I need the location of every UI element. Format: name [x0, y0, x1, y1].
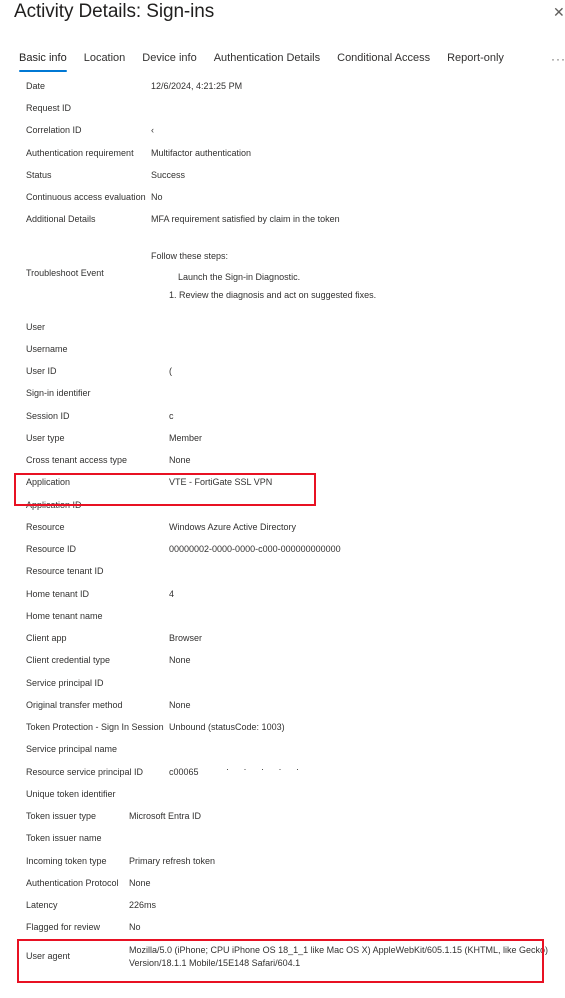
field-label: Status — [26, 169, 52, 181]
field-label: User ID — [26, 365, 57, 377]
ellipsis-icon[interactable]: ··· — [551, 52, 565, 66]
field-label: Latency — [26, 899, 58, 911]
field-label: Service principal ID — [26, 677, 104, 689]
field-value: Member — [169, 432, 202, 444]
field-value: Windows Azure Active Directory — [169, 521, 296, 533]
status-value: Success — [151, 169, 185, 181]
field-value: 00000002-0000-0000-c000-000000000000 — [169, 543, 341, 555]
field-label: Token issuer type — [26, 810, 96, 822]
page-title: Activity Details: Sign-ins — [14, 1, 214, 23]
field-label: User type — [26, 432, 65, 444]
field-value: Primary refresh token — [129, 855, 215, 867]
field-value: Browser — [169, 632, 202, 644]
field-value: None — [169, 654, 191, 666]
field-label: Home tenant ID — [26, 588, 89, 600]
field-label: Original transfer method — [26, 699, 123, 711]
field-label: Service principal name — [26, 743, 117, 755]
field-label: Client app — [26, 632, 67, 644]
field-label: Additional Details — [26, 213, 96, 225]
field-label: Token Protection - Sign In Session — [26, 721, 164, 733]
field-label: Session ID — [26, 410, 70, 422]
field-value: 4 — [169, 588, 174, 600]
field-label: Correlation ID — [26, 124, 82, 136]
field-value: Multifactor authentication — [151, 147, 251, 159]
field-label: Unique token identifier — [26, 788, 116, 800]
field-label: Application ID — [26, 499, 82, 511]
field-value: ( — [169, 365, 172, 377]
field-value: MFA requirement satisfied by claim in th… — [151, 213, 340, 225]
close-icon[interactable]: ✕ — [553, 6, 565, 18]
tab-device-info[interactable]: Device info — [142, 52, 196, 74]
field-label: Home tenant name — [26, 610, 103, 622]
field-label: Continuous access evaluation — [26, 191, 146, 203]
application-value: VTE - FortiGate SSL VPN — [169, 476, 272, 488]
field-label: Cross tenant access type — [26, 454, 127, 466]
field-label: Resource ID — [26, 543, 76, 555]
field-value: Microsoft Entra ID — [129, 810, 201, 822]
field-value: 226ms — [129, 899, 156, 911]
field-label: User agent — [26, 950, 70, 962]
field-value: ‹ — [151, 124, 154, 136]
tab-conditional-access[interactable]: Conditional Access — [337, 52, 430, 74]
field-label: Username — [26, 343, 68, 355]
troubleshoot-intro: Follow these steps: — [151, 250, 228, 262]
field-value: None — [129, 877, 151, 889]
field-value: No — [151, 191, 163, 203]
field-label: Authentication Protocol — [26, 877, 119, 889]
tab-location[interactable]: Location — [84, 52, 126, 74]
field-value: No — [129, 921, 141, 933]
field-value: c — [169, 410, 174, 422]
sign-in-diagnostic-link[interactable]: Launch the Sign-in Diagnostic. — [178, 271, 300, 283]
field-label: Resource service principal ID — [26, 766, 143, 778]
tab-basic-info[interactable]: Basic info — [19, 52, 67, 74]
field-value: c00065 — [169, 766, 199, 778]
tab-report-only[interactable]: Report-only — [447, 52, 504, 74]
field-value: Unbound (statusCode: 1003) — [169, 721, 285, 733]
field-label: Troubleshoot Event — [26, 267, 104, 279]
field-label: Client credential type — [26, 654, 110, 666]
tab-authentication-details[interactable]: Authentication Details — [214, 52, 320, 74]
field-label: Resource tenant ID — [26, 565, 104, 577]
field-label: Sign-in identifier — [26, 387, 91, 399]
field-label: Token issuer name — [26, 832, 102, 844]
field-label: Date — [26, 80, 45, 92]
field-label: Application — [26, 476, 70, 488]
tab-bar: Basic info Location Device info Authenti… — [19, 52, 521, 74]
field-label: Request ID — [26, 102, 71, 114]
field-label: User — [26, 321, 45, 333]
field-value: None — [169, 699, 191, 711]
field-label: Authentication requirement — [26, 147, 134, 159]
field-value: None — [169, 454, 191, 466]
field-label: Incoming token type — [26, 855, 107, 867]
field-label: Resource — [26, 521, 65, 533]
field-value: 12/6/2024, 4:21:25 PM — [151, 80, 242, 92]
field-label: Flagged for review — [26, 921, 100, 933]
redacted-text: · · · · · — [226, 763, 305, 775]
troubleshoot-step-1: 1. Review the diagnosis and act on sugge… — [169, 289, 376, 301]
